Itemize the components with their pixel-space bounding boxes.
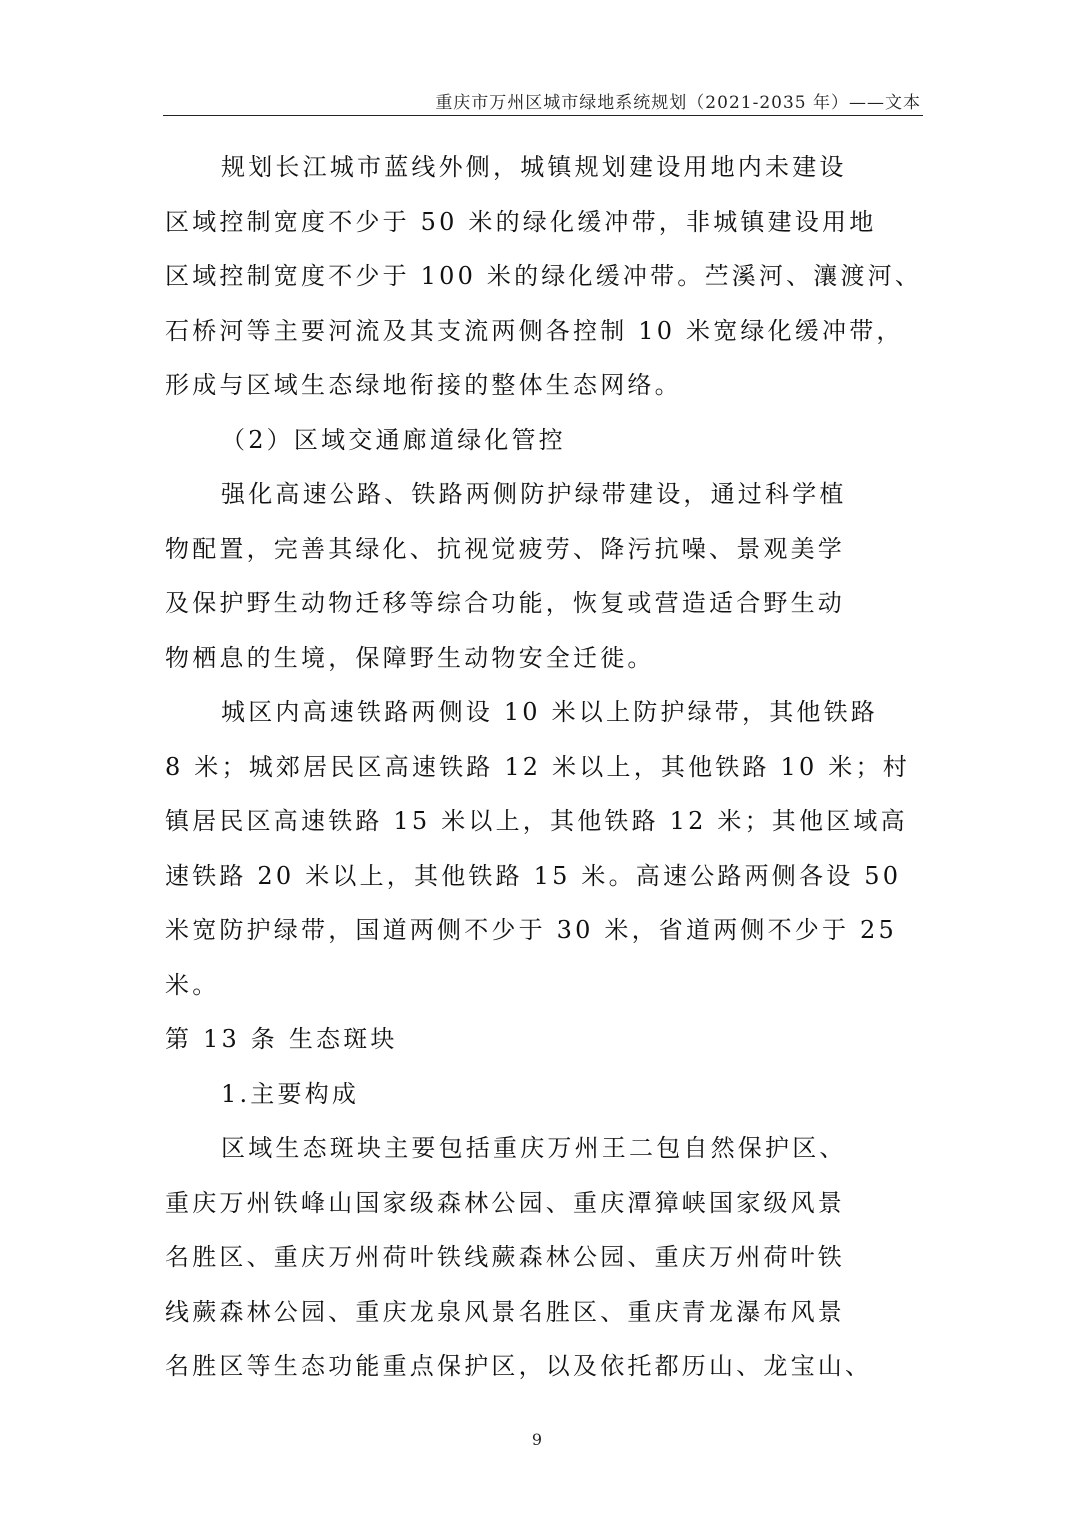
paragraph-line: 物栖息的生境，保障野生动物安全迁徙。 [165, 631, 925, 686]
subsection-heading: 1.主要构成 [165, 1067, 925, 1122]
paragraph-line: 物配置，完善其绿化、抗视觉疲劳、降污抗噪、景观美学 [165, 522, 925, 577]
subsection-heading: （2）区域交通廊道绿化管控 [165, 413, 925, 468]
paragraph-line: 城区内高速铁路两侧设 10 米以上防护绿带，其他铁路 [165, 685, 925, 740]
document-body: 规划长江城市蓝线外侧，城镇规划建设用地内未建设 区域控制宽度不少于 50 米的绿… [165, 140, 925, 1394]
paragraph-line: 8 米；城郊居民区高速铁路 12 米以上，其他铁路 10 米；村 [165, 740, 925, 795]
paragraph-line: 重庆万州铁峰山国家级森林公园、重庆潭獐峡国家级风景 [165, 1176, 925, 1231]
paragraph-line: 区域控制宽度不少于 100 米的绿化缓冲带。苎溪河、瀼渡河、 [165, 249, 925, 304]
paragraph-line: 形成与区域生态绿地衔接的整体生态网络。 [165, 358, 925, 413]
paragraph-line: 规划长江城市蓝线外侧，城镇规划建设用地内未建设 [165, 140, 925, 195]
article-heading: 第 13 条 生态斑块 [165, 1012, 925, 1067]
paragraph-line: 线蕨森林公园、重庆龙泉风景名胜区、重庆青龙瀑布风景 [165, 1285, 925, 1340]
header-divider [163, 115, 923, 116]
paragraph-line: 名胜区等生态功能重点保护区，以及依托都历山、龙宝山、 [165, 1339, 925, 1394]
paragraph-line: 米。 [165, 958, 925, 1013]
paragraph-line: 区域控制宽度不少于 50 米的绿化缓冲带，非城镇建设用地 [165, 195, 925, 250]
paragraph-line: 石桥河等主要河流及其支流两侧各控制 10 米宽绿化缓冲带， [165, 304, 925, 359]
paragraph-line: 及保护野生动物迁移等综合功能，恢复或营造适合野生动 [165, 576, 925, 631]
paragraph-line: 区域生态斑块主要包括重庆万州王二包自然保护区、 [165, 1121, 925, 1176]
paragraph-line: 米宽防护绿带，国道两侧不少于 30 米，省道两侧不少于 25 [165, 903, 925, 958]
paragraph-line: 镇居民区高速铁路 15 米以上，其他铁路 12 米；其他区域高 [165, 794, 925, 849]
paragraph-line: 名胜区、重庆万州荷叶铁线蕨森林公园、重庆万州荷叶铁 [165, 1230, 925, 1285]
paragraph-line: 强化高速公路、铁路两侧防护绿带建设，通过科学植 [165, 467, 925, 522]
paragraph-line: 速铁路 20 米以上，其他铁路 15 米。高速公路两侧各设 50 [165, 849, 925, 904]
running-header: 重庆市万州区城市绿地系统规划（2021-2035 年）——文本 [163, 88, 921, 113]
page-number: 9 [0, 1430, 1074, 1449]
